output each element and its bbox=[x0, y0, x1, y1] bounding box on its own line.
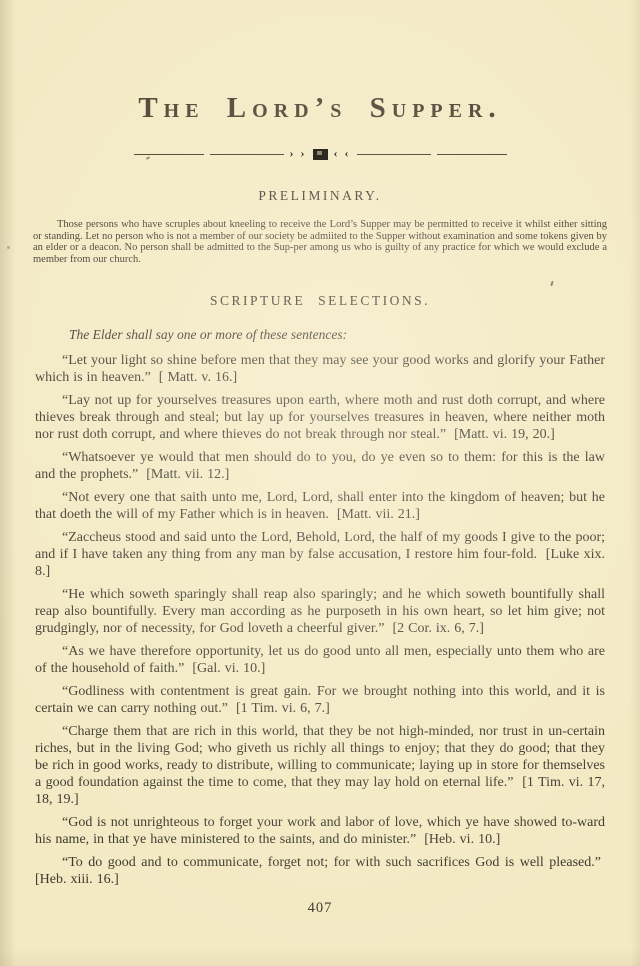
scan-speck bbox=[7, 246, 10, 249]
divider-rule bbox=[357, 154, 431, 156]
preliminary-text: Those persons who have scruples about kn… bbox=[33, 219, 607, 265]
scripture-passage: “God is not unrighteous to forget your w… bbox=[35, 814, 605, 848]
scripture-passage: “Godliness with contentment is great gai… bbox=[35, 683, 605, 717]
scripture-passage: “Not every one that saith unto me, Lord,… bbox=[35, 489, 605, 523]
scan-speck bbox=[550, 281, 553, 286]
divider-rule bbox=[437, 154, 507, 156]
scripture-passage: “He which soweth sparingly shall reap al… bbox=[35, 586, 605, 637]
scripture-passage: “Charge them that are rich in this world… bbox=[35, 723, 605, 808]
divider-chevrons-right: ‹ ‹ bbox=[334, 147, 351, 159]
section-divider-ornament: › › ‹ ‹ bbox=[0, 148, 640, 160]
page-title: The Lord’s Supper. bbox=[0, 0, 640, 126]
scripture-passage: “Zaccheus stood and said unto the Lord, … bbox=[35, 529, 605, 580]
scripture-passage: “Let your light so shine before men that… bbox=[35, 352, 605, 386]
elder-rubric: The Elder shall say one or more of these… bbox=[36, 326, 604, 343]
preliminary-heading: PRELIMINARY. bbox=[0, 187, 640, 204]
divider-rule bbox=[134, 154, 204, 156]
book-page: The Lord’s Supper. › › ‹ ‹ PRELIMINARY. … bbox=[0, 0, 640, 966]
divider-rule bbox=[210, 154, 284, 156]
page-number: 407 bbox=[0, 899, 640, 917]
scripture-passage: “Lay not up for yourselves treasures upo… bbox=[35, 392, 605, 443]
scripture-passage: “Whatsoever ye would that men should do … bbox=[35, 449, 605, 483]
scripture-passage: “To do good and to communicate, forget n… bbox=[35, 854, 605, 888]
scripture-selections-heading: SCRIPTURE SELECTIONS. bbox=[0, 292, 640, 309]
scripture-passage: “As we have therefore opportunity, let u… bbox=[35, 643, 605, 677]
divider-center-square bbox=[313, 149, 328, 160]
divider-chevrons-left: › › bbox=[290, 147, 307, 159]
